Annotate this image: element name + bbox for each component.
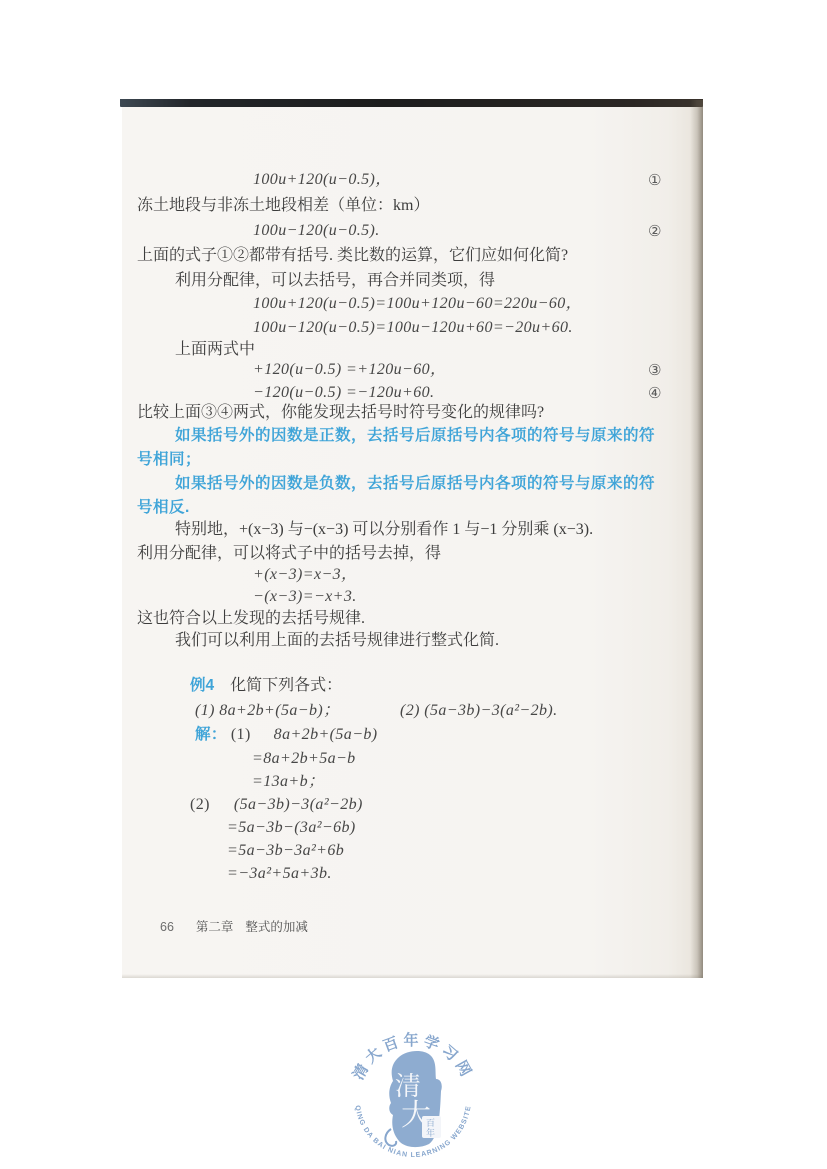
formula-1: 100u+120(u−0.5)， <box>253 170 392 190</box>
formula-4-number: ④ <box>648 384 661 402</box>
page-number: 66 <box>160 920 174 934</box>
formula-3: +120(u−0.5) =+120u−60， <box>253 360 446 380</box>
formula-2: 100u−120(u−0.5). <box>253 221 380 241</box>
formula-2-number: ② <box>648 222 661 240</box>
footer-chapter: 第二章 <box>196 920 234 934</box>
footer-section-title: 整式的加减 <box>245 920 308 934</box>
solution-line-1: 解：(1)8a+2b+(5a−b) <box>195 725 378 745</box>
seal-char-qing: 清 <box>395 1072 421 1101</box>
equation-minus: −(x−3)=−x+3. <box>253 587 357 607</box>
derivation-1: 100u+120(u−0.5)=100u+120u−60=220u−60， <box>253 294 582 314</box>
solution-2-step-1: =5a−3b−(3a²−6b) <box>227 818 356 838</box>
derivation-2: 100u−120(u−0.5)=100u−120u+60=−20u+60. <box>253 318 573 338</box>
solution-2-step-3: =−3a²+5a+3b. <box>227 864 332 884</box>
formula-3-number: ③ <box>648 361 661 379</box>
paragraph-frozen-soil: 冻土地段与非冻土地段相差（单位：km） <box>137 196 429 216</box>
paragraph-distributive-law: 利用分配律，可以去括号，再合并同类项，得 <box>175 271 495 291</box>
solution-line-2: (2)(5a−3b)−3(a²−2b) <box>190 795 363 815</box>
solution-1-step-2: =13a+b； <box>252 772 324 792</box>
example-item-2: (2) (5a−3b)−3(a²−2b). <box>400 701 558 721</box>
solution-label: 解： <box>195 726 227 743</box>
qingda-watermark-seal: 清大百年学习网 QING DA BAI NIAN LEARNING WEBSIT… <box>333 1017 493 1169</box>
paragraph-two-expressions: 上面两式中 <box>175 340 255 360</box>
example-prompt: 化简下列各式： <box>230 677 342 694</box>
example-item-1: (1) 8a+2b+(5a−b)； <box>195 701 340 721</box>
solution-2-label: (2) <box>190 796 210 813</box>
paragraph-compare: 比较上面③④两式，你能发现去括号时符号变化的规律吗? <box>137 403 544 423</box>
formula-4: −120(u−0.5) =−120u+60. <box>253 383 434 403</box>
textbook-page: 100u+120(u−0.5)， ① 冻土地段与非冻土地段相差（单位：km） 1… <box>122 100 703 978</box>
paragraph-we-can-use: 我们可以利用上面的去括号规律进行整式化简. <box>175 631 499 651</box>
page-footer: 66第二章整式的加减 <box>160 917 308 935</box>
page-right-shadow <box>690 100 703 978</box>
paragraph-remove-brackets: 利用分配律，可以将式子中的括号去掉，得 <box>137 544 441 564</box>
formula-1-number: ① <box>648 171 661 189</box>
paragraph-conforms: 这也符合以上发现的去括号规律. <box>137 609 365 629</box>
solution-1-label: (1) <box>231 726 251 743</box>
page-bottom-shadow <box>122 974 703 978</box>
example-label: 例4 <box>190 677 214 694</box>
solution-1-step-1: =8a+2b+5a−b <box>252 749 356 769</box>
example-header: 例4化简下列各式： <box>190 676 342 696</box>
rule-positive-line-2: 号相同； <box>137 450 201 469</box>
paragraph-both-brackets: 上面的式子①②都带有括号. 类比数的运算，它们应如何化简? <box>137 246 568 266</box>
page-top-edge <box>120 99 703 107</box>
seal-sub-char-bai: 百 <box>426 1118 435 1128</box>
seal-sub-char-nian: 年 <box>426 1127 435 1138</box>
solution-2-step-2: =5a−3b−3a²+6b <box>227 841 344 861</box>
rule-negative-line-1: 如果括号外的因数是负数，去括号后原括号内各项的符号与原来的符 <box>175 474 655 493</box>
solution-1-expression: 8a+2b+(5a−b) <box>274 726 378 743</box>
rule-positive-line-1: 如果括号外的因数是正数，去括号后原括号内各项的符号与原来的符 <box>175 426 655 445</box>
rule-negative-line-2: 号相反. <box>137 498 190 517</box>
paragraph-special-case: 特别地，+(x−3) 与−(x−3) 可以分别看作 1 与−1 分别乘 (x−3… <box>175 520 593 540</box>
equation-plus: +(x−3)=x−3， <box>253 565 357 585</box>
solution-2-expression: (5a−3b)−3(a²−2b) <box>234 796 363 813</box>
